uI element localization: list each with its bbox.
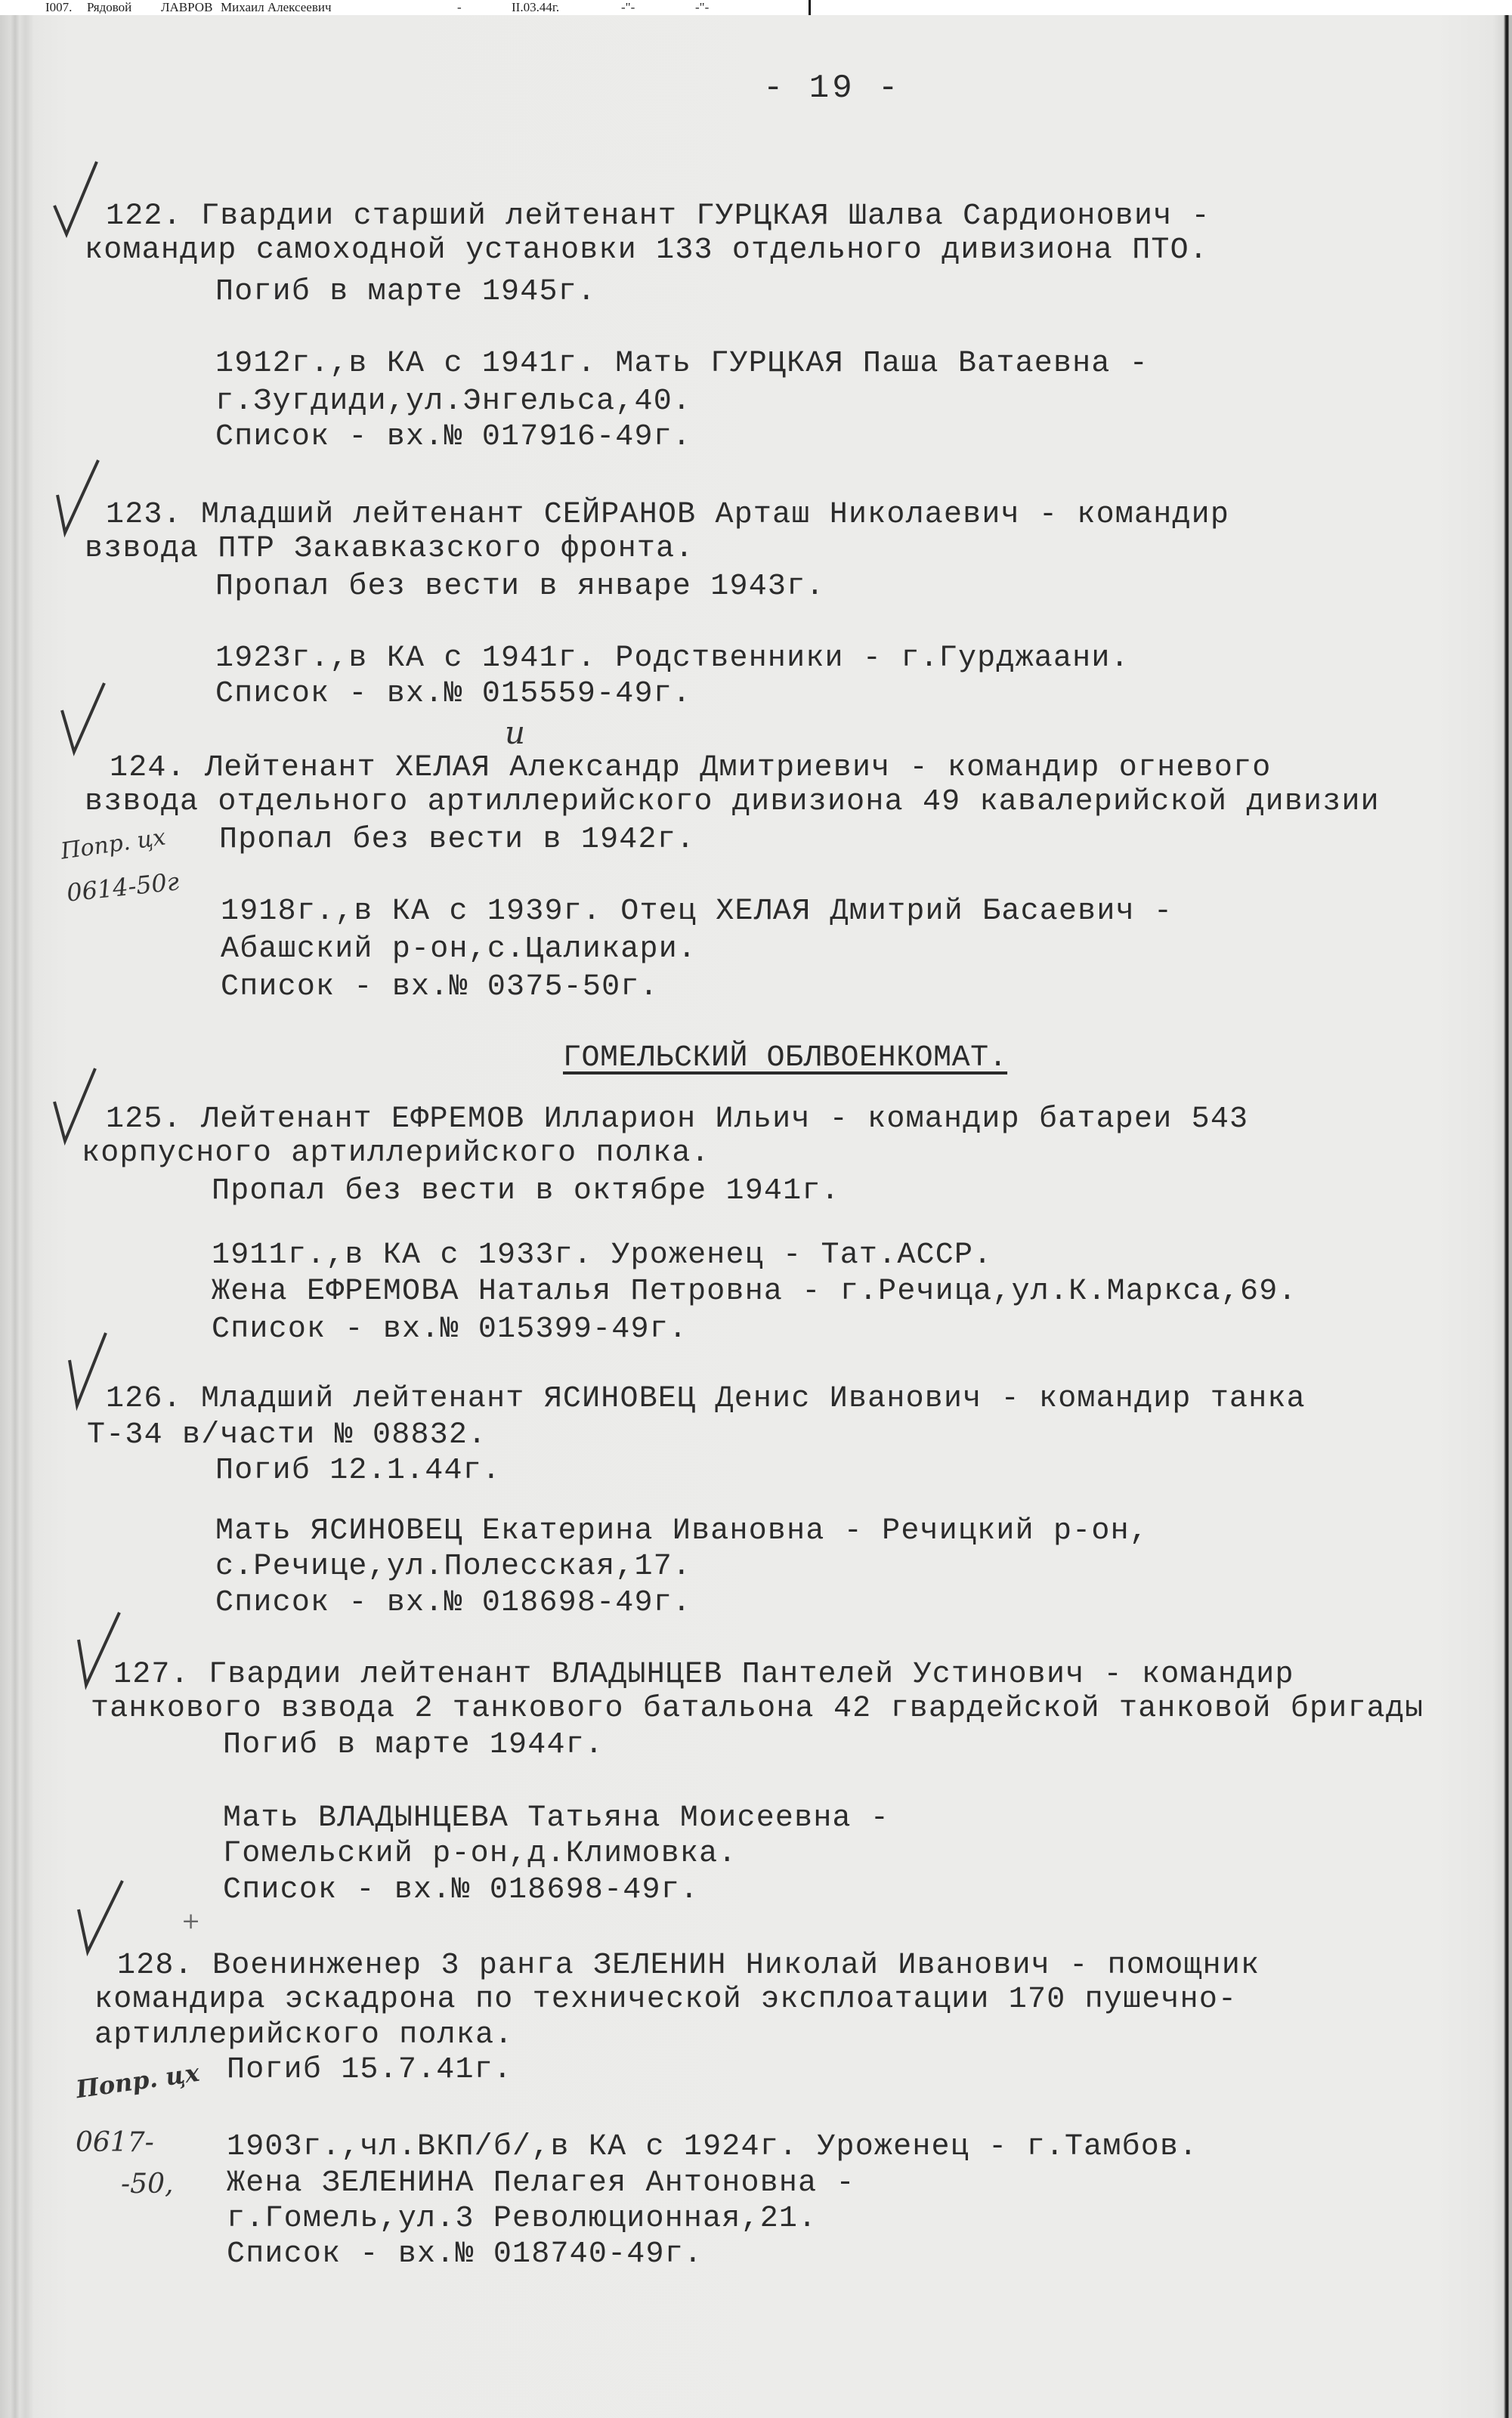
entry-128-line-4: Погиб 15.7.41г. [227, 2054, 512, 2087]
entry-123-line-5: Список - вх.№ 015559-49г. [215, 678, 691, 711]
handwritten-correction: и [505, 714, 525, 751]
strip-ditto: -"- [695, 0, 709, 15]
strip-date: II.03.44г. [512, 0, 559, 15]
entry-128-line-5: 1903г.,чл.ВКП/б/,в КА с 1924г. Уроженец … [227, 2131, 1198, 2164]
margin-note: Попр. цх [74, 2058, 201, 2104]
checkmark-icon [59, 680, 112, 763]
margin-note-number: -50, [121, 2169, 173, 2200]
previous-page-strip: I007. Рядовой ЛАВРОВ Михаил Алексеевич -… [0, 0, 1512, 15]
entry-126-line-4: Мать ЯСИНОВЕЦ Екатерина Ивановна - Речиц… [215, 1515, 1149, 1548]
checkmark-icon [51, 159, 104, 242]
entry-127-line-6: Список - вх.№ 018698-49г. [223, 1874, 699, 1907]
handwritten-mark: + [181, 1908, 200, 1934]
strip-rank: Рядовой [87, 0, 131, 15]
entry-124-line-2: взвода отдельного артиллерийского дивизи… [85, 786, 1380, 819]
entry-122-line-2: командир самоходной установки 133 отдель… [85, 234, 1208, 267]
entry-126-line-1: 126. Младший лейтенант ЯСИНОВЕЦ Денис Ив… [106, 1383, 1306, 1416]
entry-126-line-6: Список - вх.№ 018698-49г. [215, 1587, 691, 1620]
entry-124-line-1: 124. Лейтенант ХЕЛАЯ Александр Дмитриеви… [110, 752, 1271, 785]
checkmark-icon [54, 457, 107, 540]
entry-128-line-8: Список - вх.№ 018740-49г. [227, 2238, 703, 2271]
entry-122-line-4: 1912г.,в КА с 1941г. Мать ГУРЦКАЯ Паша В… [215, 348, 1149, 381]
entry-127-line-4: Мать ВЛАДЫНЦЕВА Татьяна Моисеевна - [223, 1802, 889, 1835]
entry-122-line-3: Погиб в марте 1945г. [215, 276, 596, 309]
strip-entry-no: I007. [45, 0, 72, 15]
entry-124-line-3: Пропал без вести в 1942г. [219, 824, 695, 857]
strip-dash: - [457, 0, 462, 15]
entry-125-line-1: 125. Лейтенант ЕФРЕМОВ Илларион Ильич - … [106, 1103, 1248, 1136]
entry-122-line-1: 122. Гвардии старший лейтенант ГУРЦКАЯ Ш… [106, 200, 1211, 233]
entry-126-line-3: Погиб 12.1.44г. [215, 1455, 501, 1488]
entry-128-line-7: г.Гомель,ул.3 Революционная,21. [227, 2203, 817, 2236]
entry-127-line-3: Погиб в марте 1944г. [223, 1729, 604, 1762]
entry-125-line-6: Список - вх.№ 015399-49г. [212, 1313, 688, 1347]
entry-126-line-5: с.Речице,ул.Полесская,17. [215, 1551, 691, 1584]
entry-128-line-6: Жена ЗЕЛЕНИНА Пелагея Антоновна - [227, 2167, 855, 2200]
entry-124-line-5: Абашский р-он,с.Цаликари. [221, 933, 697, 966]
entry-123-line-1: 123. Младший лейтенант СЕЙРАНОВ Арташ Ни… [106, 499, 1229, 532]
entry-122-line-6: Список - вх.№ 017916-49г. [215, 421, 691, 454]
margin-note-number: 0617- [76, 2127, 154, 2158]
entry-123-line-3: Пропал без вести в январе 1943г. [215, 570, 825, 604]
entry-128-line-1: 128. Военинженер 3 ранга ЗЕЛЕНИН Николай… [117, 1950, 1260, 1983]
section-heading: ГОМЕЛЬСКИЙ ОБЛВОЕНКОМАТ. [563, 1041, 1007, 1075]
entry-128-line-3: артиллерийского полка. [94, 2019, 514, 2052]
entry-128-line-2: командира эскадрона по технической экспл… [94, 1984, 1237, 2017]
entry-125-line-2: корпусного артиллерийского полка. [82, 1137, 710, 1170]
strip-surname: ЛАВРОВ [161, 0, 212, 15]
entry-124-line-4: 1918г.,в КА с 1939г. Отец ХЕЛАЯ Дмитрий … [221, 895, 1173, 929]
entry-127-line-5: Гомельский р-он,д.Климовка. [223, 1838, 737, 1871]
document-page: - 19 - 122. Гвардии старший лейтенант ГУ… [0, 15, 1512, 2418]
entry-127-line-1: 127. Гвардии лейтенант ВЛАДЫНЦЕВ Пантеле… [113, 1659, 1294, 1692]
strip-ditto: -"- [621, 0, 635, 15]
entry-125-line-4: 1911г.,в КА с 1933г. Уроженец - Тат.АССР… [212, 1239, 992, 1272]
margin-note: Попр. цх [59, 824, 167, 864]
entry-122-line-5: г.Зугдиди,ул.Энгельса,40. [215, 385, 691, 419]
entry-123-line-2: взвода ПТР Закавказского фронта. [85, 533, 694, 566]
margin-note-number: 0614-50г [65, 867, 180, 907]
entry-124-line-6: Список - вх.№ 0375-50г. [221, 971, 659, 1004]
entry-123-line-4: 1923г.,в КА с 1941г. Родственники - г.Гу… [215, 642, 1130, 676]
entry-125-line-3: Пропал без вести в октябре 1941г. [212, 1175, 840, 1208]
entry-125-line-5: Жена ЕФРЕМОВА Наталья Петровна - г.Речиц… [212, 1275, 1297, 1309]
strip-divider [809, 0, 811, 15]
page-number: - 19 - [763, 70, 901, 107]
entry-127-line-2: танкового взвода 2 танкового батальона 4… [91, 1693, 1424, 1726]
entry-126-line-2: Т-34 в/части № 08832. [87, 1419, 487, 1452]
strip-given-name: Михаил Алексеевич [221, 0, 332, 15]
